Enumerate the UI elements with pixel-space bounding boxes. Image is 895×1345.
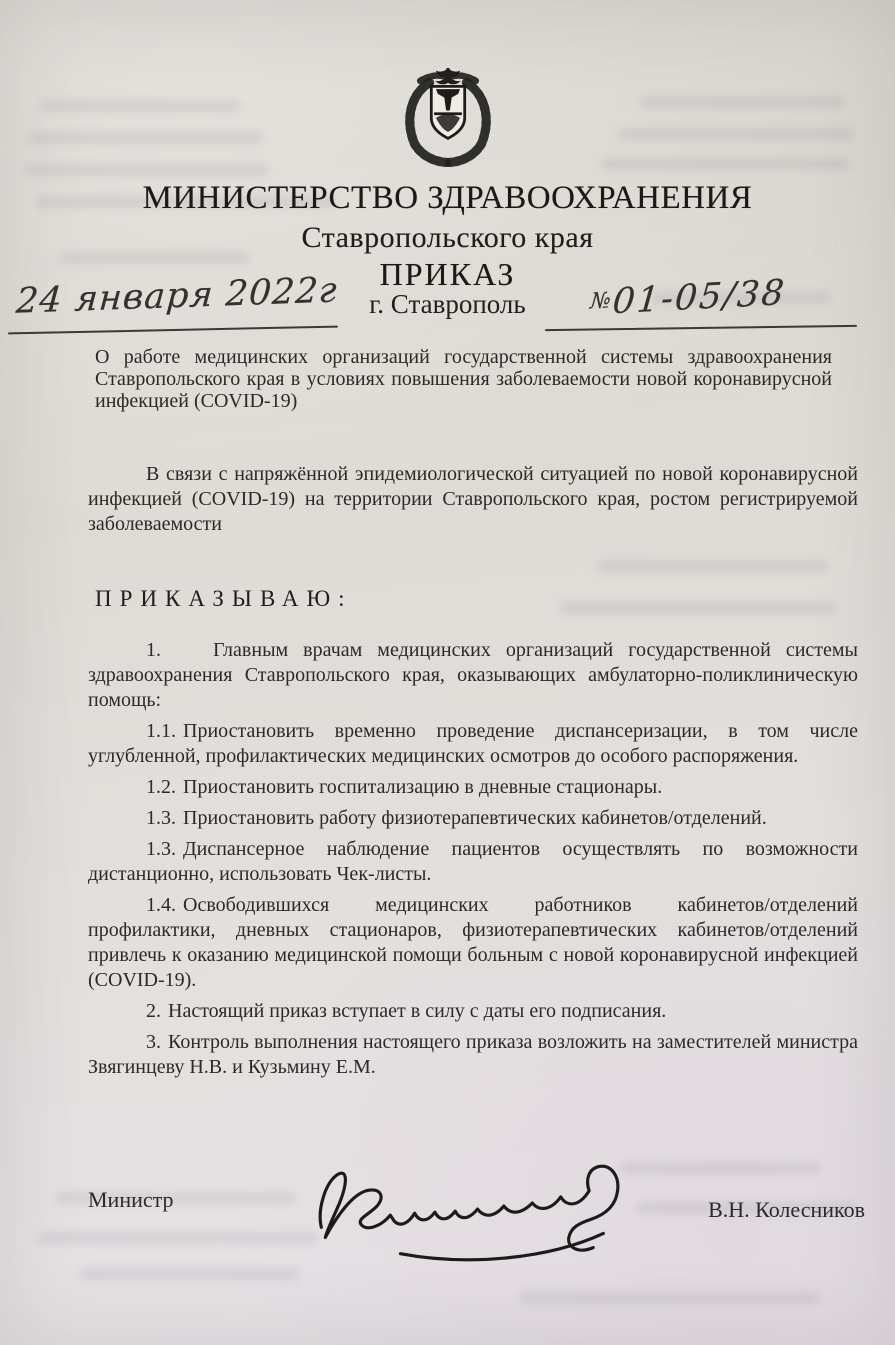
signer-title: Министр: [88, 1187, 174, 1213]
order-subject: О работе медицинских организаций государ…: [95, 346, 832, 412]
item-text: Приостановить госпитализацию в дневные с…: [183, 776, 662, 798]
bleed-through-artifact: [598, 560, 828, 572]
order-item: 2.Настоящий приказ вступает в силу с дат…: [88, 999, 858, 1024]
item-text: Контроль выполнения настоящего приказа в…: [88, 1031, 858, 1078]
item-text: Приостановить работу физиотерапевтически…: [183, 807, 767, 829]
item-number: 3.: [146, 1031, 168, 1053]
item-number: 1.2.: [146, 776, 183, 798]
order-item: 1.3.Приостановить работу физиотерапевтич…: [88, 806, 858, 831]
order-item: 1.2.Приостановить госпитализацию в дневн…: [88, 775, 858, 800]
resolution-keyword: ПРИКАЗЫВАЮ:: [95, 586, 353, 612]
bleed-through-artifact: [28, 132, 263, 144]
item-text: Диспансерное наблюдение пациентов осущес…: [88, 838, 858, 885]
order-item: 1.4.Освободившихся медицинских работнико…: [88, 893, 858, 993]
bleed-through-artifact: [618, 128, 853, 140]
order-item: 1.Главным врачам медицинских организаций…: [88, 638, 858, 713]
signature-block: Министр В.Н. Колесников: [88, 1145, 865, 1285]
bleed-through-artifact: [640, 96, 845, 108]
item-text: Освободившихся медицинских работников ка…: [88, 894, 858, 991]
order-item: 1.3.Диспансерное наблюдение пациентов ос…: [88, 837, 858, 887]
order-items: 1.Главным врачам медицинских организаций…: [88, 638, 858, 1080]
bleed-through-artifact: [520, 1292, 820, 1304]
scanned-order-document: МИНИСТЕРСТВО ЗДРАВООХРАНЕНИЯ Ставропольс…: [0, 0, 895, 1345]
ministry-name: МИНИСТЕРСТВО ЗДРАВООХРАНЕНИЯ: [0, 180, 895, 217]
minister-signature-icon: [303, 1145, 648, 1263]
item-number: 1.3.: [146, 807, 183, 829]
item-text: Настоящий приказ вступает в силу с даты …: [168, 1000, 666, 1022]
order-item: 1.1.Приостановить временно проведение ди…: [88, 719, 858, 769]
item-number: 1.4.: [146, 894, 183, 916]
date-underline: [8, 326, 338, 335]
stavropol-krai-coat-of-arms-icon: [392, 66, 504, 168]
bleed-through-artifact: [24, 164, 269, 176]
bleed-through-artifact: [600, 158, 850, 170]
signer-name: В.Н. Колесников: [708, 1197, 865, 1223]
ministry-region: Ставропольского края: [0, 221, 895, 255]
item-number: 1.: [146, 639, 213, 661]
bleed-through-artifact: [560, 602, 835, 614]
item-number: 2.: [146, 1000, 168, 1022]
number-underline: [545, 325, 857, 331]
bleed-through-artifact: [40, 100, 240, 112]
order-preamble: В связи с напряжённой эпидемиологической…: [88, 462, 858, 537]
order-item: 3.Контроль выполнения настоящего приказа…: [88, 1030, 858, 1080]
item-number: 1.3.: [146, 838, 183, 860]
item-text: Приостановить временно проведение диспан…: [88, 720, 858, 767]
item-number: 1.1.: [146, 720, 183, 742]
